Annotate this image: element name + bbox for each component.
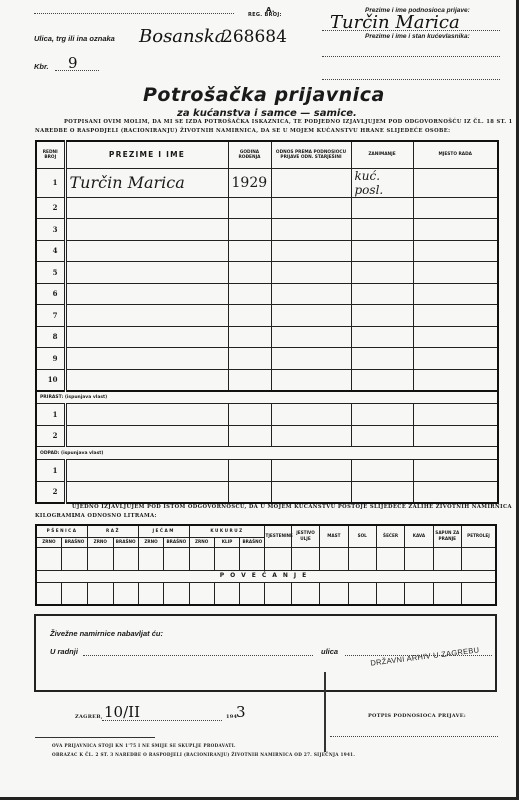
birth-year-cell[interactable] [228,404,271,426]
group-barley: JEČAM [138,525,189,537]
stock-cell[interactable] [61,547,87,570]
stock-cell[interactable] [376,547,404,570]
row-number: 7 [36,305,65,327]
household-table-header: REDNI BROJ PREZIME I IME GODINA ROĐENJA … [36,141,498,168]
birth-year-cell[interactable] [228,481,271,503]
occupation-cell[interactable]: kuć. posl. [351,168,413,197]
stock-cell[interactable] [265,547,291,570]
occupation-cell[interactable] [351,404,413,426]
workplace-cell[interactable] [413,348,498,370]
occupation-cell[interactable] [351,369,413,391]
stock-cell[interactable] [461,547,496,570]
intro-line-1: POTPISANI OVIM MOLIM, DA MI SE IZDA POTR… [64,118,513,127]
group-corn: KUKURUZ [189,525,265,537]
shop-field[interactable] [83,655,313,656]
footer-note-2: OBRAZAC K ČL. 2 ST. 3 NAREDBE O RASPODJE… [52,752,355,757]
relation-cell[interactable] [271,305,351,327]
shop-label: U radnji [50,647,78,656]
table-row: 2 [36,197,498,219]
decrease-row: 1 [36,460,498,482]
col-coffee: KAVA [405,525,433,547]
workplace-cell[interactable] [413,262,498,284]
name-cell[interactable] [65,460,228,482]
stock-increase-row [36,582,496,605]
birth-year-cell[interactable]: 1929 [228,168,271,197]
stock-cell[interactable] [291,582,319,605]
stock-cell[interactable] [405,547,433,570]
col-sugar: ŠEĆER [376,525,404,547]
name-cell[interactable] [65,305,228,327]
house-number-label: Kbr. [34,62,49,71]
relation-cell[interactable] [271,219,351,241]
place-label: ZAGREB, [75,714,103,720]
occupation-cell[interactable] [351,348,413,370]
relation-cell[interactable] [271,168,351,197]
signature-label: POTPIS PODNOSIOCA PRIJAVE: [368,713,466,719]
occupation-cell[interactable] [351,197,413,219]
table-row: 9 [36,348,498,370]
stock-cell[interactable] [189,547,214,570]
stock-cell[interactable] [348,582,376,605]
row-number: 1 [36,460,65,482]
stock-group-header: PŠENICA RAŽ JEČAM KUKURUZ TJESTENINE JES… [36,525,496,537]
relation-cell[interactable] [271,262,351,284]
occupation-cell[interactable] [351,240,413,262]
increase-section-header: PRIRAST: (ispunjava vlast) [36,391,498,404]
row-number: 2 [36,481,65,503]
birth-year-cell[interactable] [228,283,271,305]
relation-cell[interactable] [271,425,351,447]
name-cell[interactable] [65,326,228,348]
reg-label: REG. BROJ: [248,12,282,18]
signature-line[interactable] [330,736,498,737]
occupation-cell[interactable] [351,425,413,447]
name-cell[interactable] [65,481,228,503]
vertical-divider [324,672,326,752]
workplace-cell[interactable] [413,168,498,197]
name-cell[interactable] [65,348,228,370]
document-page: A. Ulica, trg ili ina oznaka Bosanska RE… [0,0,519,800]
occupation-cell[interactable] [351,283,413,305]
stock-cell[interactable] [61,582,87,605]
decrease-label: ODPAD: (ispunjava vlast) [36,447,498,460]
name-cell[interactable] [65,240,228,262]
stock-intro-line-2: KILOGRAMIMA ODNOSNO LITRAMA: [35,512,157,521]
landlord-line-2 [322,79,500,80]
birth-year-cell[interactable] [228,460,271,482]
row-number: 2 [36,197,65,219]
stock-cell[interactable] [265,582,291,605]
stock-cell[interactable] [348,547,376,570]
date-value[interactable]: 10/II [104,703,140,721]
col-pasta: TJESTENINE [265,525,291,547]
table-row: 6 [36,283,498,305]
stock-cell[interactable] [88,547,113,570]
stock-cell[interactable] [36,582,61,605]
decrease-section-header: ODPAD: (ispunjava vlast) [36,447,498,460]
footer-note-1: OVA PRIJAVNICA STOJI KN 1'75 I NE SMIJE … [52,743,236,748]
birth-year-cell[interactable] [228,425,271,447]
relation-cell[interactable] [271,404,351,426]
table-row: 5 [36,262,498,284]
street-value[interactable]: Bosanska [139,26,226,47]
increase-row: 2 [36,425,498,447]
stock-cell[interactable] [461,582,496,605]
col-petroleum: PETROLEJ [461,525,496,547]
relation-cell[interactable] [271,283,351,305]
stock-cell[interactable] [36,547,61,570]
stock-cell[interactable] [113,582,138,605]
stock-cell[interactable] [189,582,214,605]
row-number: 1 [36,404,65,426]
decrease-row: 2 [36,481,498,503]
birth-year-cell[interactable] [228,305,271,327]
table-row: 4 [36,240,498,262]
relation-cell[interactable] [271,460,351,482]
workplace-cell[interactable] [413,240,498,262]
table-row: 3 [36,219,498,241]
stock-increase-header: POVEĆANJE [36,570,496,582]
relation-cell[interactable] [271,240,351,262]
form-title: Potrošačka prijavnica [143,84,385,106]
col-soap: SAPUN ZA PRANJE [433,525,461,547]
col-lard: MAST [320,525,348,547]
stock-cell[interactable] [291,547,319,570]
row-number: 2 [36,425,65,447]
occupation-cell[interactable] [351,219,413,241]
stock-values-row [36,547,496,570]
stock-cell[interactable] [240,547,265,570]
workplace-cell[interactable] [413,197,498,219]
stock-cell[interactable] [164,547,189,570]
row-number: 4 [36,240,65,262]
stock-cell[interactable] [113,547,138,570]
col-header-workplace: MJESTO RADA [413,141,498,168]
birth-year-cell[interactable] [228,369,271,391]
stock-cell[interactable] [214,547,239,570]
stock-cell[interactable] [138,582,163,605]
row-number: 9 [36,348,65,370]
increase-row: 1 [36,404,498,426]
street-label: ulica [321,647,338,656]
stock-cell[interactable] [433,547,461,570]
workplace-cell[interactable] [413,219,498,241]
stock-cell[interactable] [320,582,348,605]
table-row: 8 [36,326,498,348]
birth-year-cell[interactable] [228,219,271,241]
name-cell[interactable] [65,404,228,426]
workplace-cell[interactable] [413,283,498,305]
workplace-cell[interactable] [413,425,498,447]
sub-grain: ZRNO [189,537,214,547]
workplace-cell[interactable] [413,460,498,482]
col-salt: SOL [348,525,376,547]
occupation-cell[interactable] [351,481,413,503]
stock-cell[interactable] [433,582,461,605]
household-table: REDNI BROJ PREZIME I IME GODINA ROĐENJA … [35,140,499,504]
stock-cell[interactable] [240,582,265,605]
name-cell[interactable] [65,369,228,391]
relation-cell[interactable] [271,369,351,391]
birth-year-cell[interactable] [228,348,271,370]
landlord-label: Prezime i ime i stan kućevlasnika: [365,33,470,40]
col-header-occupation: ZANIMANJE [351,141,413,168]
table-row: 1 Turčin Marica 1929 kuć. posl. [36,168,498,197]
name-cell[interactable] [65,219,228,241]
sub-grain: ZRNO [138,537,163,547]
row-number: 6 [36,283,65,305]
workplace-cell[interactable] [413,305,498,327]
relation-cell[interactable] [271,197,351,219]
row-number: 3 [36,219,65,241]
sub-flour: BRAŠNO [61,537,87,547]
stock-cell[interactable] [376,582,404,605]
birth-year-cell[interactable] [228,262,271,284]
sub-cob: KLIP [214,537,239,547]
col-header-birth-year: GODINA ROĐENJA [228,141,271,168]
sub-flour: BRAŠNO [113,537,138,547]
row-number: 10 [36,369,65,391]
name-cell[interactable] [65,262,228,284]
year-suffix[interactable]: 3 [236,703,246,721]
col-header-name: PREZIME I IME [65,141,228,168]
row-number: 8 [36,326,65,348]
stock-cell[interactable] [405,582,433,605]
relation-cell[interactable] [271,481,351,503]
stock-cell[interactable] [214,582,239,605]
occupation-cell[interactable] [351,305,413,327]
stock-cell[interactable] [320,547,348,570]
supply-label: Živežne namirnice nabavljat ću: [50,629,163,638]
workplace-cell[interactable] [413,326,498,348]
table-row: 7 [36,305,498,327]
applicant-line [322,30,500,31]
name-cell[interactable] [65,283,228,305]
relation-cell[interactable] [271,326,351,348]
col-header-no: REDNI BROJ [36,141,65,168]
workplace-cell[interactable] [413,404,498,426]
row-number: 5 [36,262,65,284]
relation-cell[interactable] [271,348,351,370]
birth-year-cell[interactable] [228,326,271,348]
house-number-value[interactable]: 9 [68,54,78,72]
name-cell[interactable] [65,425,228,447]
name-cell[interactable] [65,197,228,219]
birth-year-cell[interactable] [228,240,271,262]
intro-line-2: NAREDBE O RASPODJELI (RACIONIRANJU) ŽIVO… [35,127,450,136]
top-dotted-line [34,13,234,14]
stock-increase-label: POVEĆANJE [36,570,496,582]
increase-label: PRIRAST: (ispunjava vlast) [36,391,498,404]
stock-cell[interactable] [164,582,189,605]
reg-value[interactable]: 268684 [222,27,287,47]
birth-year-cell[interactable] [228,197,271,219]
occupation-cell[interactable] [351,460,413,482]
sub-flour: BRAŠNO [240,537,265,547]
stock-table: PŠENICA RAŽ JEČAM KUKURUZ TJESTENINE JES… [35,524,497,606]
workplace-cell[interactable] [413,481,498,503]
name-cell[interactable]: Turčin Marica [65,168,228,197]
street-label: Ulica, trg ili ina oznaka [34,34,115,43]
col-oil: JESTIVO ULJE [291,525,319,547]
footer-rule [35,737,155,738]
stock-cell[interactable] [88,582,113,605]
occupation-cell[interactable] [351,326,413,348]
workplace-cell[interactable] [413,369,498,391]
row-number: 1 [36,168,65,197]
sub-grain: ZRNO [36,537,61,547]
occupation-cell[interactable] [351,262,413,284]
sub-grain: ZRNO [88,537,113,547]
sub-flour: BRAŠNO [164,537,189,547]
table-row: 10 [36,369,498,391]
group-wheat: PŠENICA [36,525,88,537]
landlord-line-1 [322,56,500,57]
col-header-relation: ODNOS PREMA PODNOSIOCU PRIJAVE ODN. STAR… [271,141,351,168]
group-rye: RAŽ [88,525,139,537]
stock-cell[interactable] [138,547,163,570]
